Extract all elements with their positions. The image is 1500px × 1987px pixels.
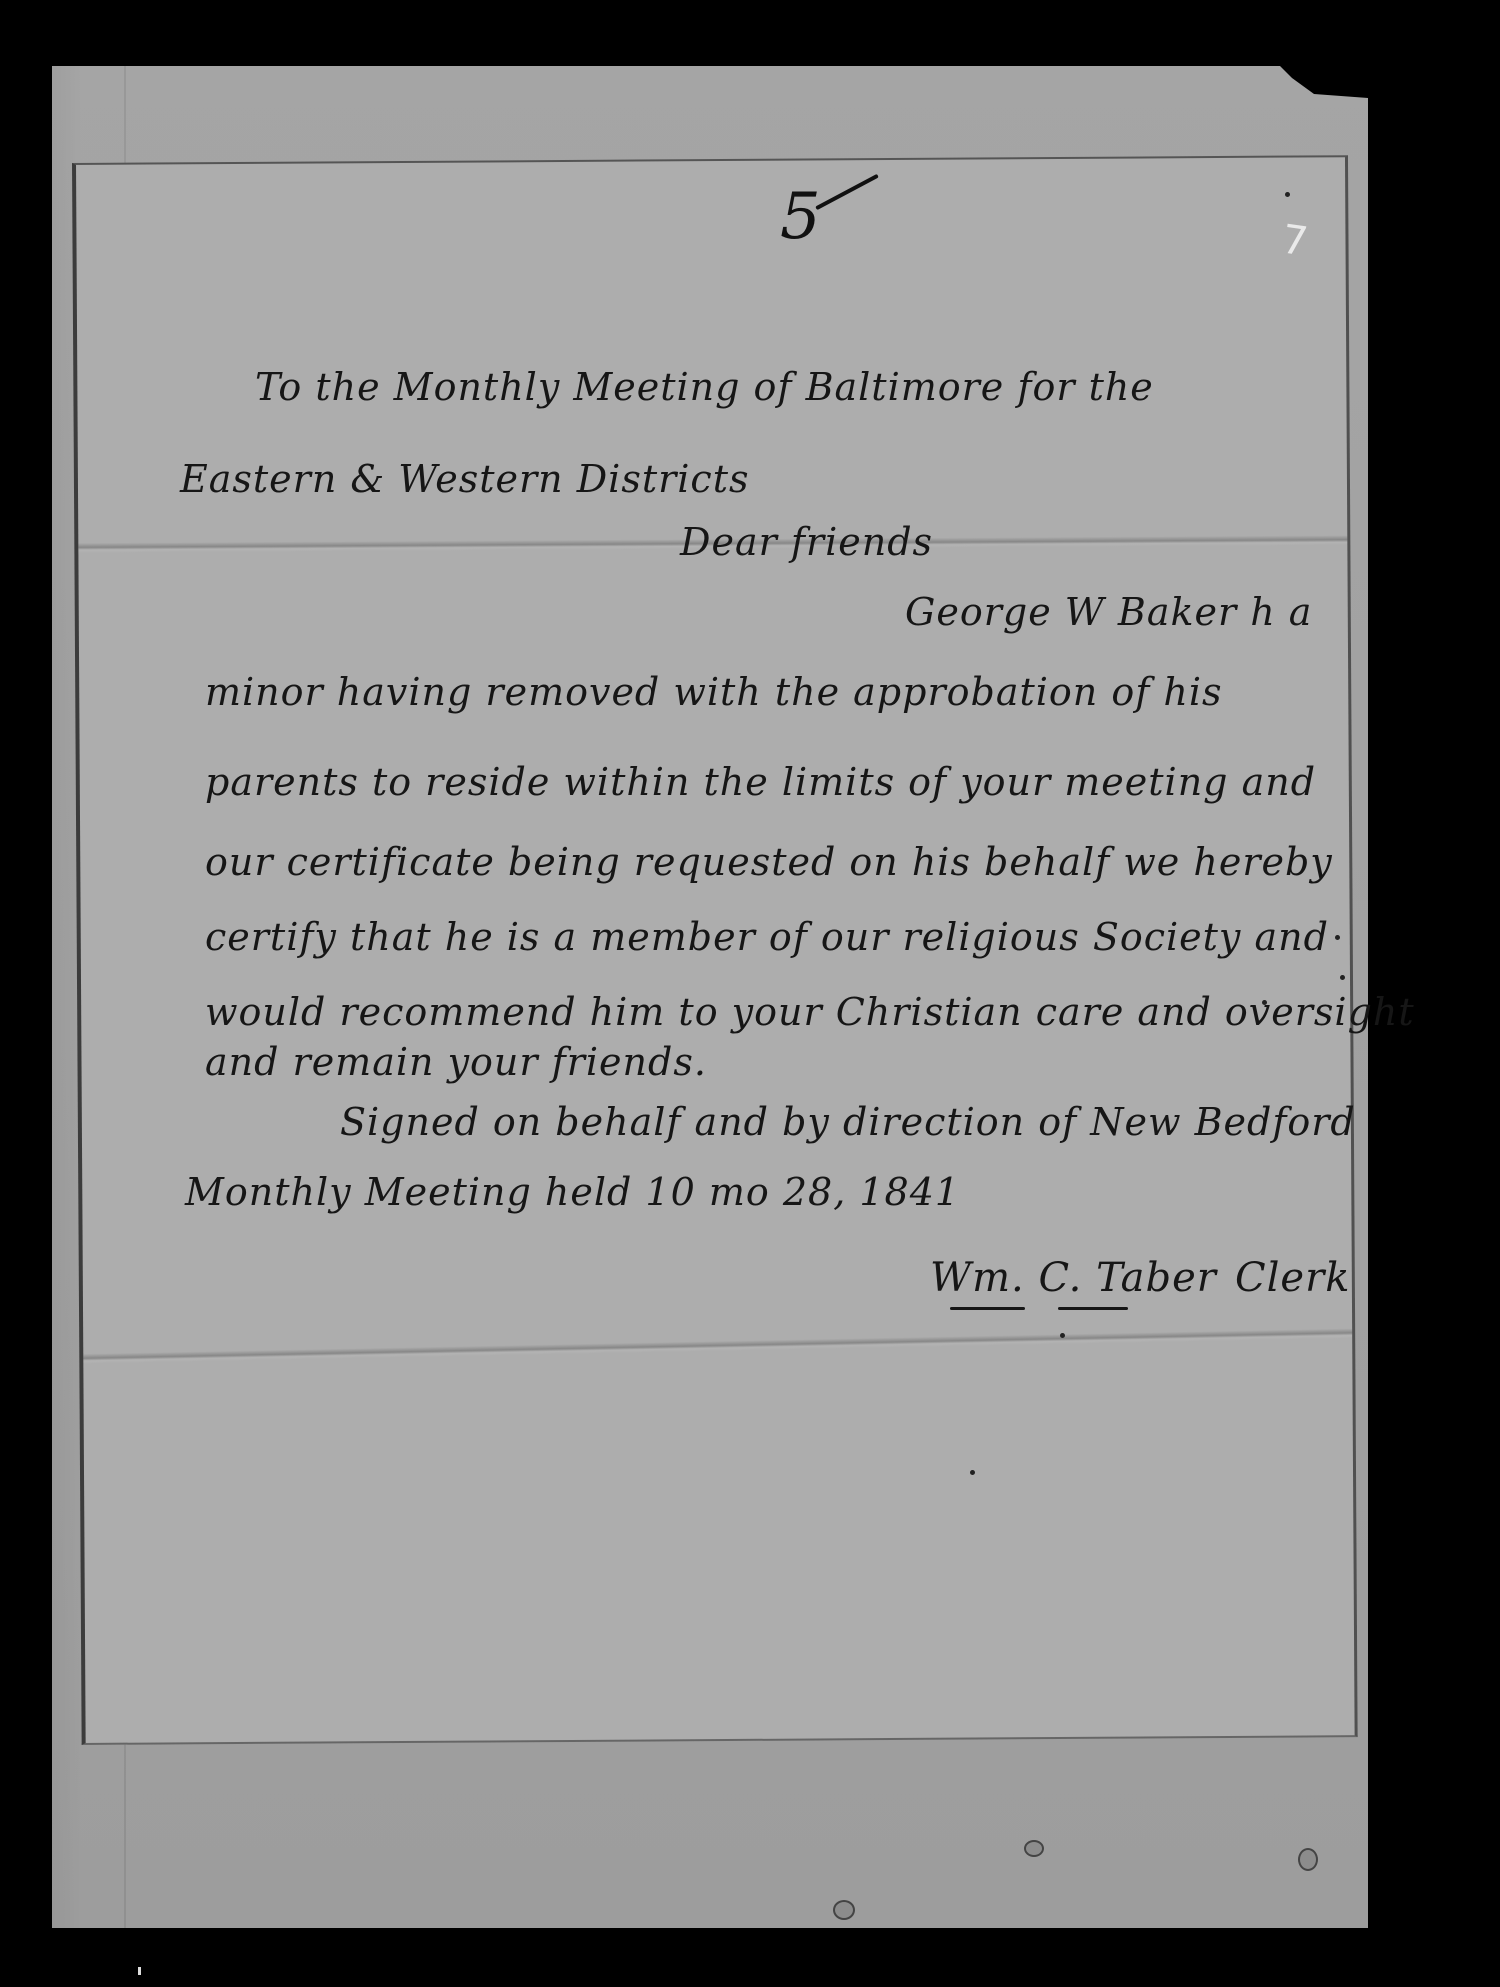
body-line: our certificate being requested on his b…: [205, 840, 1333, 884]
body-line: minor having removed with the approbatio…: [205, 670, 1222, 714]
ink-speck: [1262, 1000, 1267, 1005]
ink-speck: [1340, 975, 1345, 980]
ink-speck: [1335, 935, 1340, 940]
body-line: and remain your friends.: [205, 1040, 707, 1084]
salutation-line-2: Eastern & Western Districts: [180, 457, 749, 501]
punch-hole: [1298, 1848, 1318, 1871]
scan-artifact: [138, 1967, 141, 1975]
signature-title: Clerk: [1235, 1255, 1350, 1301]
body-line: would recommend him to your Christian ca…: [205, 990, 1415, 1034]
fold-line: [83, 1328, 1352, 1363]
punch-hole: [1024, 1840, 1044, 1857]
signature-underline: [950, 1307, 1025, 1310]
body-line: certify that he is a member of our relig…: [205, 915, 1329, 959]
punch-hole: [833, 1900, 855, 1920]
ink-speck: [1285, 192, 1290, 197]
page-number: 5: [780, 180, 821, 254]
body-line: George W Baker h a: [905, 590, 1312, 634]
ink-speck: [970, 1470, 975, 1475]
signature-underline: [1058, 1307, 1128, 1310]
ink-speck: [1060, 1333, 1065, 1338]
signature: Wm. C. Taber: [930, 1255, 1217, 1301]
closing-line: Signed on behalf and by direction of New…: [340, 1100, 1356, 1144]
closing-line: Monthly Meeting held 10 mo 28, 1841: [185, 1170, 960, 1214]
salutation-line-1: To the Monthly Meeting of Baltimore for …: [255, 365, 1154, 409]
body-line: parents to reside within the limits of y…: [205, 760, 1316, 804]
greeting: Dear friends: [680, 520, 933, 564]
